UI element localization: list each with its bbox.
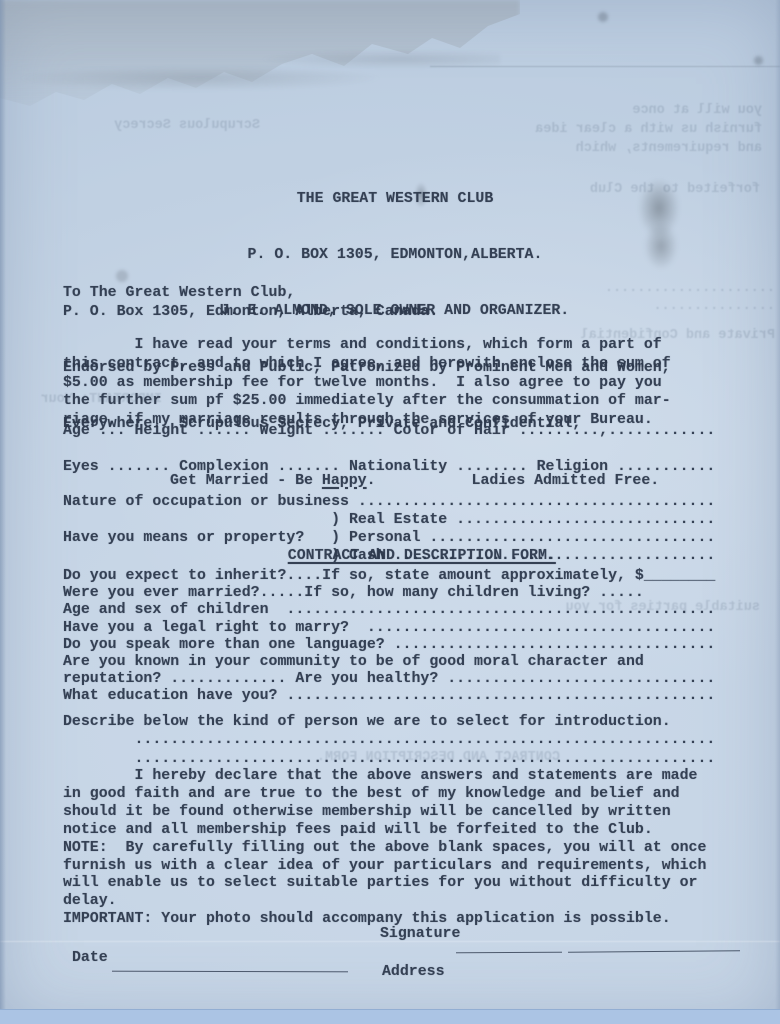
date-label: Date <box>72 950 108 966</box>
typed-line: reputation? ............. Are you health… <box>63 671 727 688</box>
typed-line: delay. <box>63 893 727 911</box>
bleed-through-text: you will at once <box>500 103 762 118</box>
page-edge-shadow <box>0 1009 780 1024</box>
typed-line: Do you expect to inherit?....If so, stat… <box>63 568 727 585</box>
typed-line: in good faith and are true to the best o… <box>63 786 727 804</box>
typed-line: will enable us to select suitable partie… <box>63 875 727 893</box>
club-title: THE GREAT WESTERN CLUB <box>63 190 727 209</box>
typed-line: notice and all membership fees paid will… <box>63 822 727 840</box>
typed-line: Were you ever married?.....If so, how ma… <box>63 585 727 602</box>
typed-line: should it be found otherwise membership … <box>63 804 727 822</box>
recipient-block: To The Great Western Club,P. O. Box 1305… <box>63 284 727 321</box>
paper-speck <box>598 12 608 22</box>
typed-line: the further sum pf $25.00 immediately af… <box>63 392 727 411</box>
declaration-block: I hereby declare that the above answers … <box>63 768 727 929</box>
describe-section: Describe below the kind of person we are… <box>63 713 727 768</box>
typed-line: I hereby declare that the above answers … <box>63 768 727 786</box>
date-line <box>112 969 348 973</box>
page-edge-shadow <box>775 0 780 1024</box>
typed-line: Age and sex of children ................… <box>63 602 727 619</box>
question-fields: Do you expect to inherit?....If so, stat… <box>63 568 727 706</box>
scanned-form-page: you will at once furnish us with a clear… <box>0 0 780 1024</box>
typed-line: Do you speak more than one language? ...… <box>63 637 727 654</box>
typed-line: To The Great Western Club, <box>63 284 727 303</box>
typed-line: Have you means or property? ) Personal .… <box>63 530 727 548</box>
bleed-through-text: furnish us with a clear idea <box>494 122 762 137</box>
typed-line: this contract, and to which I agree, and… <box>63 355 727 374</box>
paper-speck <box>754 56 763 65</box>
typed-line: Are you known in your community to be of… <box>63 654 727 671</box>
typed-line <box>63 476 727 494</box>
signature-line <box>568 948 740 953</box>
typed-line: P. O. Box 1305, Edmonton, Alberta, Canad… <box>63 303 727 322</box>
bleed-through-text: Scrupulous Secrecy <box>20 118 260 133</box>
typed-line: furnish us with a clear idea of your par… <box>63 858 727 876</box>
water-stain-tideline <box>0 40 500 104</box>
typed-line: ........................................… <box>63 731 727 749</box>
fold-crease <box>430 66 780 67</box>
typed-line: ........................................… <box>63 750 727 768</box>
typed-line: NOTE: By carefully filling out the above… <box>63 840 727 858</box>
typed-line: Describe below the kind of person we are… <box>63 713 727 731</box>
address-label: Address <box>382 964 445 980</box>
typed-line: ) Cash .................................… <box>63 548 727 566</box>
typed-line <box>63 441 727 459</box>
typed-line: $5.00 as membership fee for twelve month… <box>63 374 727 393</box>
signature-label: Signature <box>380 926 460 942</box>
signature-line <box>456 950 562 954</box>
typed-line: Have you a legal right to marry? .......… <box>63 620 727 637</box>
typed-line: What education have you? ...............… <box>63 688 727 705</box>
page-edge-shadow <box>0 0 6 1024</box>
description-fields: Age ... Height ...... Weight ....... Col… <box>63 423 727 565</box>
typed-line: Age ... Height ...... Weight ....... Col… <box>63 423 727 441</box>
typed-line: Nature of occupation or business .......… <box>63 494 727 512</box>
typed-line: ) Real Estate ..........................… <box>63 512 727 530</box>
typed-line: I have read your terms and conditions, w… <box>63 336 727 355</box>
terms-paragraph: I have read your terms and conditions, w… <box>63 336 727 430</box>
typed-line: Eyes ....... Complexion ....... National… <box>63 459 727 477</box>
club-address: P. O. BOX 1305, EDMONTON,ALBERTA. <box>63 246 727 265</box>
